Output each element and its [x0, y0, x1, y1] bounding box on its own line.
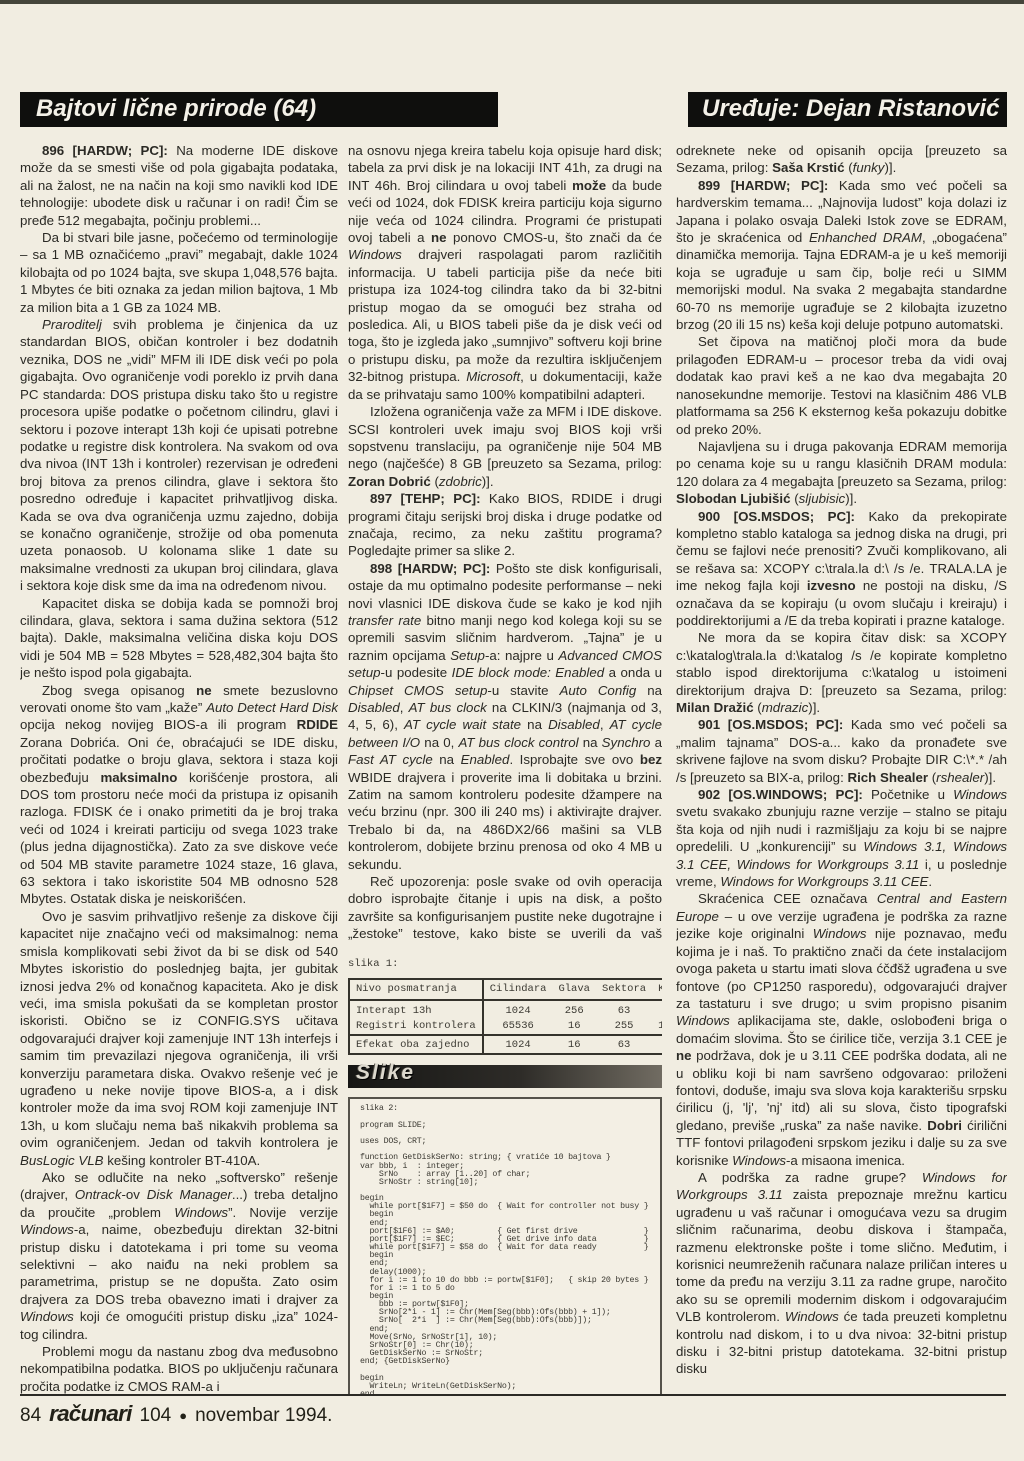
- column-header: Sektora: [596, 979, 652, 1000]
- paragraph: A podrška za radne grupe? Windows for Wo…: [676, 1169, 1007, 1378]
- paragraph: 900 [OS.MSDOS; PC]: Kako da prekopirate …: [676, 508, 1007, 630]
- paragraph: odreknete neke od opisanih opcija [preuz…: [676, 142, 1007, 177]
- paragraph: 899 [HARDW; PC]: Kada smo već počeli sa …: [676, 177, 1007, 334]
- paragraph: Izložena ograničenja važe za MFM i IDE d…: [348, 403, 662, 490]
- table-cell: 255: [596, 1019, 652, 1035]
- section-title-banner: Bajtovi lične prirode (64): [20, 92, 498, 127]
- magazine-page: Bajtovi lične prirode (64) Uređuje: Deja…: [0, 0, 1024, 1461]
- slike-banner-text: Slike: [356, 1064, 415, 1081]
- article-column-2-text: na osnovu njega kreira tabelu koja opisu…: [348, 142, 662, 944]
- issue-date: novembar 1994.: [195, 1405, 332, 1427]
- table-cell: 1024: [483, 1000, 553, 1019]
- table-row: Interapt 13h1024256638064 MB: [349, 1000, 662, 1019]
- paragraph: 902 [OS.WINDOWS; PC]: Početnike u Window…: [676, 786, 1007, 890]
- table-cell: 130560 MB: [652, 1019, 662, 1035]
- table-cell: Efekat oba zajedno: [349, 1035, 483, 1054]
- table-cell: Interapt 13h: [349, 1000, 483, 1019]
- page-footer: 84 računari 104 ● novembar 1994.: [20, 1401, 332, 1427]
- table-cell: Registri kontrolera: [349, 1019, 483, 1035]
- paragraph: Zbog svega opisanog ne smete bezuslovno …: [20, 682, 338, 908]
- table-cell: 63: [596, 1000, 652, 1019]
- paragraph: 901 [OS.MSDOS; PC]: Kada smo već počeli …: [676, 716, 1007, 786]
- column-header: Cilindara: [483, 979, 553, 1000]
- paragraph: Ne mora da se kopira čitav disk: sa XCOP…: [676, 629, 1007, 716]
- editor-title: Uređuje: Dejan Ristanović: [702, 95, 999, 122]
- editor-banner: Uređuje: Dejan Ristanović: [688, 92, 1007, 127]
- figure1-table: Nivo posmatranja Cilindara Glava Sektora…: [348, 978, 662, 1055]
- table-header-row: Nivo posmatranja Cilindara Glava Sektora…: [349, 979, 662, 1000]
- page-number: 84: [20, 1405, 41, 1427]
- table-cell: 16: [552, 1035, 596, 1054]
- paragraph: Set čipova na matičnoj ploči mora da bud…: [676, 333, 1007, 437]
- paragraph: Kapacitet diska se dobija kada se pomnož…: [20, 595, 338, 682]
- paragraph: Najavljena su i druga pakovanja EDRAM me…: [676, 438, 1007, 508]
- column-header: Nivo posmatranja: [349, 979, 483, 1000]
- table-cell: 256: [552, 1000, 596, 1019]
- paragraph: 898 [HARDW; PC]: Pošto ste disk konfigur…: [348, 560, 662, 873]
- paragraph: 897 [TEHP; PC]: Kako BIOS, RDIDE i drugi…: [348, 490, 662, 560]
- code-listing: slika 2: program SLIDE; uses DOS, CRT; f…: [348, 1097, 662, 1394]
- bullet-icon: ●: [179, 1408, 187, 1423]
- table-cell: 1024: [483, 1035, 553, 1054]
- table-row: Efekat oba zajedno10241663504 MB: [349, 1035, 662, 1054]
- table-cell: 63: [596, 1035, 652, 1054]
- article-column-1: 896 [HARDW; PC]: Na moderne IDE diskove …: [20, 142, 338, 1394]
- column-header: Kapacitet: [652, 979, 662, 1000]
- slike-banner: Slike: [348, 1065, 662, 1088]
- paragraph: Ovo je sasvim prihvatljivo rešenje za di…: [20, 908, 338, 1169]
- paragraph: Reč upozorenja: posle svake od ovih oper…: [348, 873, 662, 944]
- article-column-2: na osnovu njega kreira tabelu koja opisu…: [348, 142, 662, 1394]
- table-cell: 504 MB: [652, 1035, 662, 1054]
- paragraph: Praroditelj svih problema je činjenica d…: [20, 316, 338, 595]
- table-cell: 8064 MB: [652, 1000, 662, 1019]
- table-cell: 16: [552, 1019, 596, 1035]
- scan-edge-strip: [0, 0, 1024, 4]
- table-row: Registri kontrolera6553616255130560 MB: [349, 1019, 662, 1035]
- footer-rule: [20, 1394, 1006, 1396]
- column-header: Glava: [552, 979, 596, 1000]
- paragraph: Skraćenica CEE označava Central and East…: [676, 890, 1007, 1169]
- paragraph: 896 [HARDW; PC]: Na moderne IDE diskove …: [20, 142, 338, 229]
- table-cell: 65536: [483, 1019, 553, 1035]
- figure1-label: slika 1:: [348, 956, 662, 973]
- paragraph: na osnovu njega kreira tabelu koja opisu…: [348, 142, 662, 403]
- paragraph: Ako se odlučite na neko „softversko” reš…: [20, 1169, 338, 1343]
- issue-number: 104: [140, 1405, 172, 1427]
- article-column-3: odreknete neke od opisanih opcija [preuz…: [676, 142, 1007, 1394]
- paragraph: Problemi mogu da nastanu zbog dva međuso…: [20, 1343, 338, 1394]
- section-title: Bajtovi lične prirode (64): [36, 95, 316, 122]
- magazine-logo: računari: [49, 1401, 131, 1427]
- paragraph: Da bi stvari bile jasne, počećemo od ter…: [20, 229, 338, 316]
